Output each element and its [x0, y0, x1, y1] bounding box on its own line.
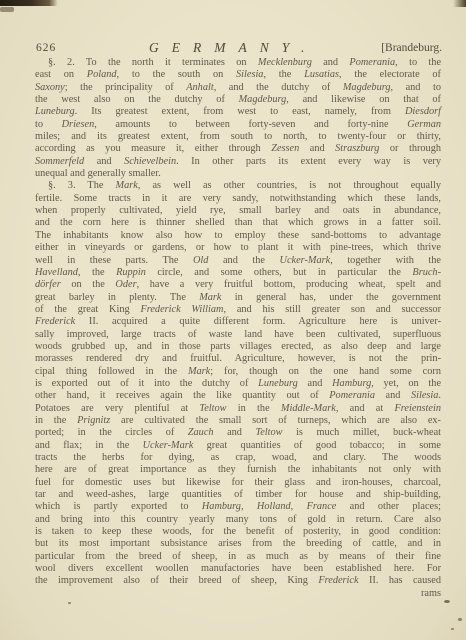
- text-line: the west also on the dutchy of Magdeburg…: [35, 94, 441, 106]
- text-line: sally improved, large tracts of waste la…: [35, 329, 441, 341]
- text-line: according as you measure it, either thro…: [35, 143, 441, 155]
- text-line: morasses rendered dry and fruitful. Agri…: [35, 353, 441, 365]
- text-line: unequal and generally smaller.: [35, 168, 441, 180]
- text-line: is exported out of it into the dutchy of…: [35, 378, 441, 390]
- text-line: fuel for domestic uses but likewise for …: [35, 477, 441, 489]
- text-line: is taken to keep these woods, for the be…: [35, 526, 441, 538]
- text-line: tracts the herbs for dying, as crap, woa…: [35, 452, 441, 464]
- text-line: great barley in plenty. The Mark in gene…: [35, 292, 441, 304]
- text-line: well in these parts. The Old and the Uck…: [35, 255, 441, 267]
- text-line: particular from the breed of sheep, in a…: [35, 551, 441, 563]
- text-line: of the great King Frederick William, and…: [35, 304, 441, 316]
- text-line: §. 3. The Mark, as well as other countri…: [35, 180, 441, 192]
- text-line: other hand, it receives again the like q…: [35, 390, 441, 402]
- text-line: here are of great importance as they fur…: [35, 464, 441, 476]
- catchword: rams: [35, 588, 441, 600]
- text-line: east on Poland, to the south on Silesia,…: [35, 69, 441, 81]
- text-line: fertile. Some tracts in it are very sand…: [35, 193, 441, 205]
- text-line: which is partly exported to Hamburg, Hol…: [35, 501, 441, 513]
- book-page-scan: 626 GERMANY. [Brandeburg. §. 2. To the n…: [0, 0, 466, 640]
- paper-speck: [68, 602, 71, 604]
- text-line: Havelland, the Ruppin circle, and some o…: [35, 267, 441, 279]
- text-line: in the Prignitz are cultivated the small…: [35, 415, 441, 427]
- text-line: cipal thing followed in the Mark; for, t…: [35, 366, 441, 378]
- text-line: and bring into this country yearly many …: [35, 514, 441, 526]
- text-line: when properly cultivated, yield rye, sma…: [35, 205, 441, 217]
- ink-smudge-top-left-2: [0, 7, 14, 12]
- running-header-title: GERMANY.: [149, 40, 317, 56]
- page-body: §. 2. To the north it terminates on Meck…: [35, 57, 441, 600]
- text-line: Sommerfeld and Schievelbein. In other pa…: [35, 156, 441, 168]
- paper-speck: [458, 618, 462, 621]
- paper-speck: [451, 628, 454, 630]
- text-line: Saxony; the principality of Anhalt, and …: [35, 82, 441, 94]
- ink-smudge-top-left: [0, 0, 58, 6]
- text-line: miles; and its greatest extent, from sou…: [35, 131, 441, 143]
- text-line: woods grubbed up, and in those parts vil…: [35, 341, 441, 353]
- text-line: ported; in the circles of Zauch and Telt…: [35, 427, 441, 439]
- text-line: §. 2. To the north it terminates on Meck…: [35, 57, 441, 69]
- text-line: The inhabitants know also how to employ …: [35, 230, 441, 242]
- running-header-section: [Brandeburg.: [381, 42, 442, 54]
- text-line: Potatoes are very plentiful at Teltow in…: [35, 403, 441, 415]
- text-line: wool divers excellent woollen manufactor…: [35, 563, 441, 575]
- text-line: and the corn here is thinner shelled tha…: [35, 217, 441, 229]
- text-line: tar and weed-ashes, large quantities of …: [35, 489, 441, 501]
- paper-speck: [444, 600, 450, 603]
- text-line: the improvement also of their breed of s…: [35, 575, 441, 587]
- text-line: dörfer on the Oder, have a very fruitful…: [35, 279, 441, 291]
- text-line: but its most important subsistance arise…: [35, 538, 441, 550]
- text-line: Luneburg. Its greatest extent, from west…: [35, 106, 441, 118]
- text-line: to Driesen, amounts to between forty-sev…: [35, 119, 441, 131]
- text-line: and flax; in the Ucker-Mark great quanti…: [35, 440, 441, 452]
- text-line: Frederick II. acquired a quite different…: [35, 316, 441, 328]
- ink-smudge-top-right: [453, 0, 466, 7]
- page-number: 626: [36, 42, 56, 54]
- text-line: either in vineyards or gardens, or how t…: [35, 242, 441, 254]
